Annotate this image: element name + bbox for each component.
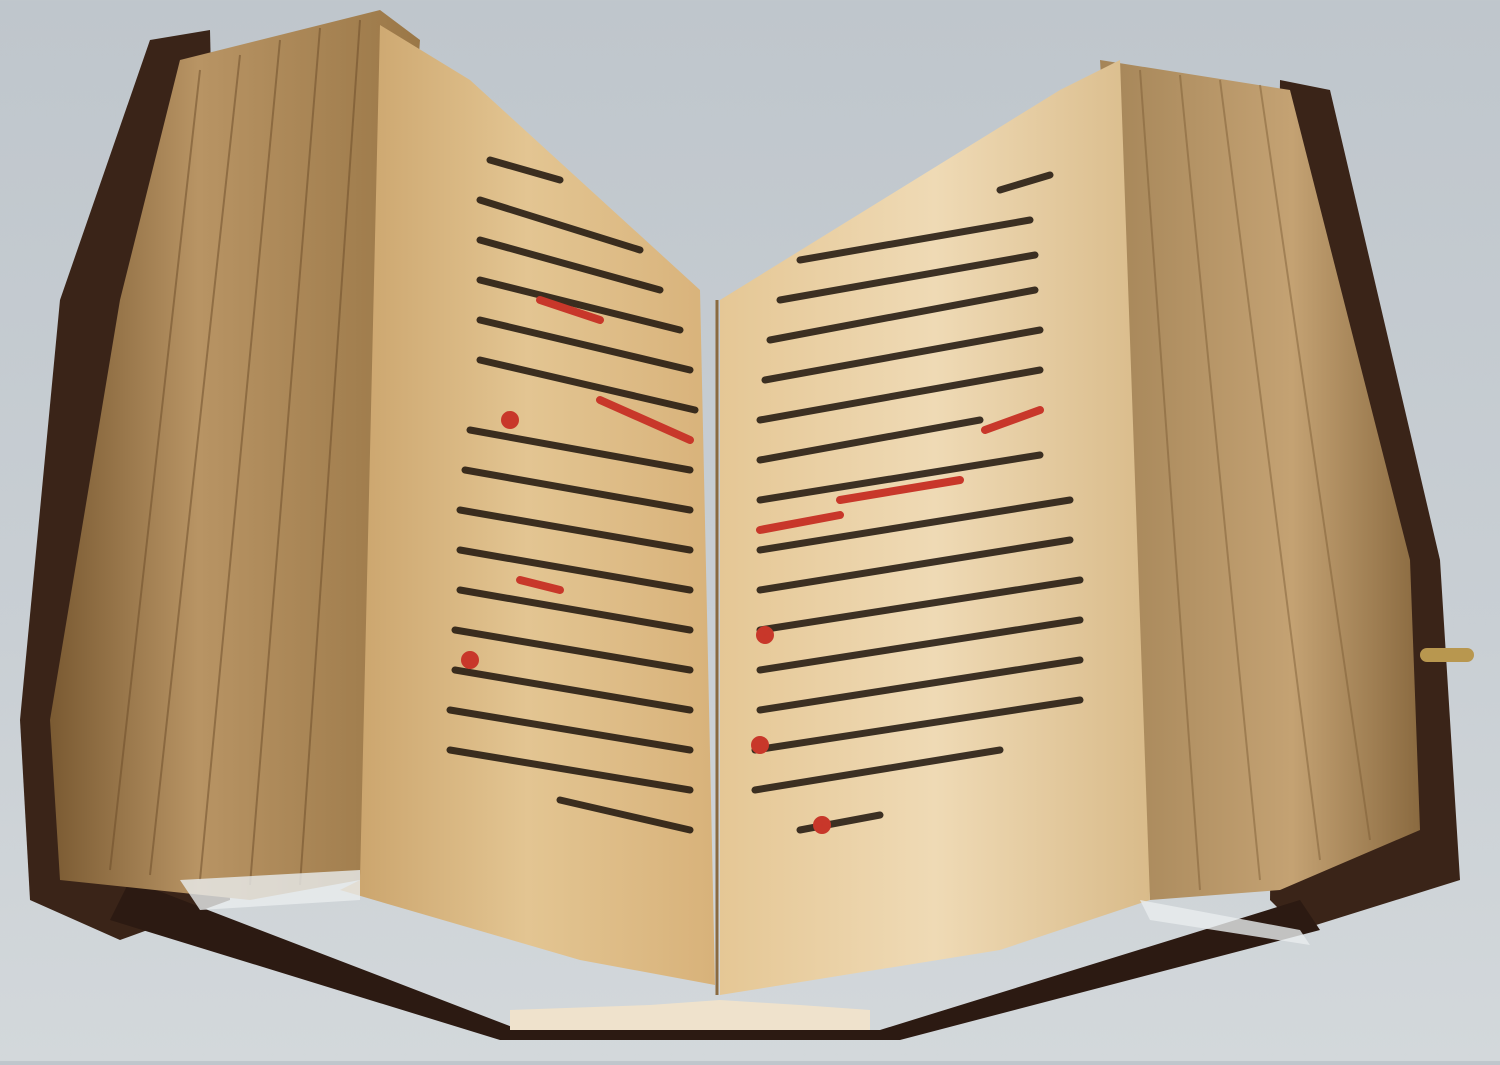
right-page-block	[1100, 60, 1420, 900]
clasp-pin-icon	[1420, 648, 1474, 662]
manuscript-photo	[0, 0, 1500, 1061]
headband	[510, 1000, 870, 1030]
